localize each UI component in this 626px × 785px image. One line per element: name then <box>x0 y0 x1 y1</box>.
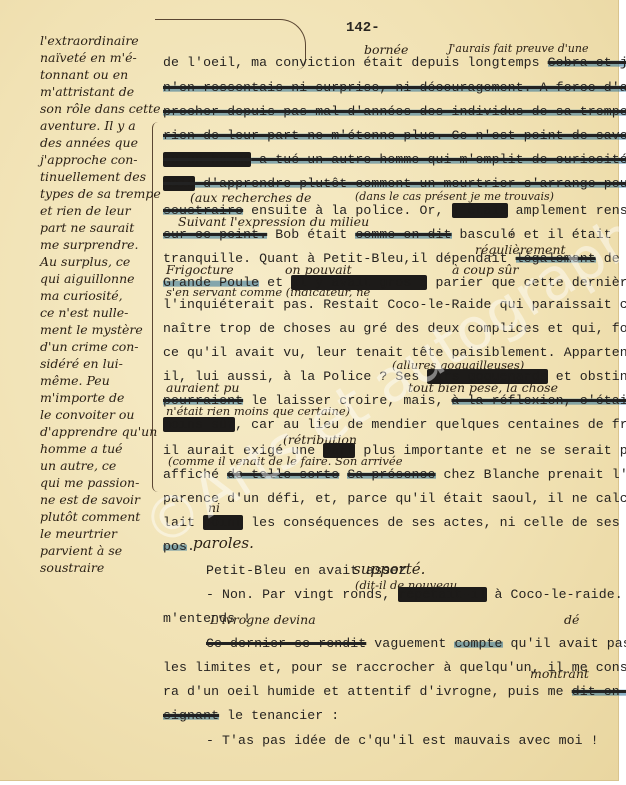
annotation-fait-preuve: J'aurais fait preuve d'une <box>448 42 588 55</box>
typed-line: Ce dernier se rendit vaguement compte qu… <box>206 636 626 651</box>
typed-line: ce qu'il avait vu, leur tenait tête pais… <box>163 345 626 360</box>
typed-line: naître trop de choses au gré des deux co… <box>163 321 626 336</box>
annotation-paroles: paroles. <box>193 534 254 552</box>
manuscript-page: 142- l'extraordinaire naïveté en m'é- to… <box>0 0 619 781</box>
typed-line: les limites et, pour se raccrocher à que… <box>163 660 626 675</box>
typed-line: parence d'un défi, et, parce qu'il était… <box>163 491 626 506</box>
typed-line-struck: rien de leur part ne m'étonne plus. Ce n… <box>163 128 626 143</box>
typed-line: signant le tenancier : <box>163 708 339 723</box>
typed-line: de l'oeil, ma conviction était depuis lo… <box>163 55 626 70</box>
typed-line: m'entends ! <box>163 611 251 626</box>
typed-line: - Non. Par vingt ronds, répétait-il à Co… <box>206 587 626 602</box>
typed-line: soustraire ensuite à la police. Or, j'ét… <box>163 203 626 218</box>
page-number: 142- <box>346 20 380 36</box>
typed-line: il aurait exigé une part plus importante… <box>163 443 626 458</box>
typed-line: affiché de telle sorte Sa présence chez … <box>163 467 626 482</box>
typed-line: - T'as pas idée de c'qu'il est mauvais a… <box>206 733 599 748</box>
typed-line-struck: n'en ressentais ni surprise, ni décourag… <box>163 80 626 95</box>
typed-line: sur ce point. Bob était comme on dit bas… <box>163 227 612 242</box>
typed-line-struck: mais d'apprendre plutôt comment un meurt… <box>163 176 626 191</box>
typed-line-struck: qu'un homme a tué un autre homme qui m'e… <box>163 152 626 167</box>
typed-line: l'inquiéterait pas. Restait Coco-le-Raid… <box>163 297 626 312</box>
typed-line: il, lui aussi, à la Police ? Ses airs go… <box>163 369 626 384</box>
typed-line: lait point les conséquences de ses actes… <box>163 515 626 530</box>
typed-line: pourraient le laisser croire, mais, à la… <box>163 393 626 408</box>
typed-line: tranquille. Quant à Petit-Bleu,il dépend… <box>163 251 626 266</box>
typed-line-struck: procher depuis pas mal d'années des indi… <box>163 104 626 119</box>
typed-line: Grande Poule et il y avait gros à parier… <box>163 275 626 290</box>
annotation-de: dé <box>564 612 579 627</box>
margin-handwritten-note: l'extraordinaire naïveté en m'é- tonnant… <box>40 32 158 576</box>
annotation-cas-present: (dans le cas présent je me trouvais) <box>355 190 554 203</box>
typed-line: Petit-Bleu en avait assez <box>206 563 406 578</box>
typed-line: moins sûr, car au lieu de mendier quelqu… <box>163 417 626 432</box>
typed-line: pos. <box>163 539 195 554</box>
typed-line: ra d'un oeil humide et attentif d'ivrogn… <box>163 684 626 699</box>
